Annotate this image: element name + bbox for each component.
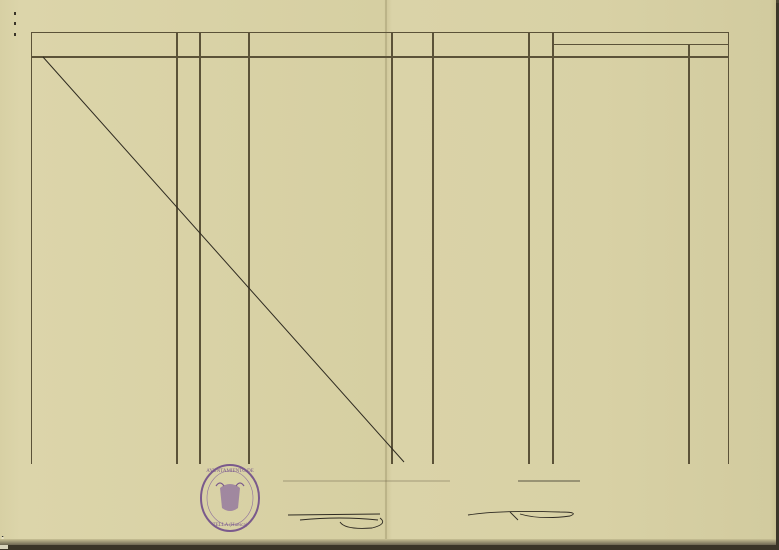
municipal-seal-icon: AYUNTAMIENTO DE TELLA (Huesca)	[198, 462, 262, 534]
seal-text-top: AYUNTAMIENTO DE	[206, 469, 254, 474]
seal-text-bottom: TELLA (Huesca)	[213, 523, 248, 528]
secretary-flourish	[0, 0, 779, 550]
document-page: AYUNTAMIENTO DE TELLA (Huesca)	[0, 0, 776, 545]
